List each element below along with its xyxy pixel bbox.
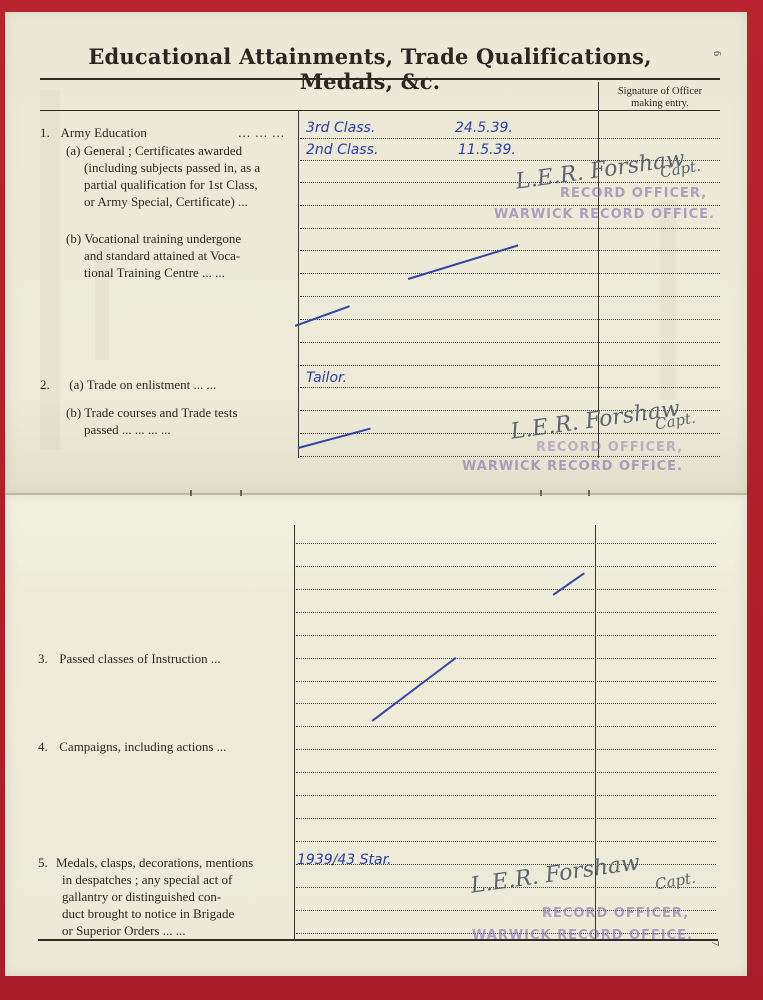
subsection-marker: (a) xyxy=(61,377,83,392)
subsection-marker: (b) xyxy=(66,231,81,246)
entry-row-line xyxy=(300,296,720,297)
page-number-top: 6 xyxy=(711,51,722,56)
entry-row-line xyxy=(300,387,720,388)
entry-row-line xyxy=(300,182,720,183)
stamp-record-officer-2: RECORD OFFICER, xyxy=(536,440,683,455)
label-line: in despatches ; any special act of xyxy=(38,871,288,888)
entry-row-line xyxy=(296,749,716,750)
entry-education-class-1: 3rd Class. xyxy=(306,120,375,136)
label-line: gallantry or distinguished con- xyxy=(38,888,288,905)
binding-stitch xyxy=(588,490,590,496)
binding-stitch xyxy=(190,490,192,496)
section-number: 3. xyxy=(38,650,56,667)
column-divider-left xyxy=(298,110,299,458)
entry-row-line xyxy=(296,635,716,636)
entry-row-line xyxy=(296,543,716,544)
bleed-through-text xyxy=(660,200,676,400)
label-line: or Army Special, Certificate) ... xyxy=(40,193,285,210)
binding-stitch xyxy=(240,490,242,496)
entry-row-line xyxy=(296,818,716,819)
entry-row-line xyxy=(296,612,716,613)
entry-row-line xyxy=(296,681,716,682)
label-line: partial qualification for 1st Class, xyxy=(40,176,285,193)
label-line: Campaigns, including actions ... xyxy=(59,739,226,754)
section-1a-general: (a) General ; Certificates awarded (incl… xyxy=(40,142,285,210)
stamp-warwick-office-1: WARWICK RECORD OFFICE. xyxy=(494,207,715,222)
label-line: Passed classes of Instruction ... xyxy=(59,651,220,666)
label-line: passed ... ... ... ... xyxy=(40,421,285,438)
subsection-marker: (b) xyxy=(66,405,81,420)
entry-row-line xyxy=(296,841,716,842)
entry-education-date-2: 11.5.39. xyxy=(458,142,516,158)
heading-rule xyxy=(40,78,720,80)
section-number: 1. xyxy=(40,124,58,141)
stamp-record-officer-3: RECORD OFFICER, xyxy=(542,906,689,921)
entry-education-date-1: 24.5.39. xyxy=(455,120,513,136)
entry-row-line xyxy=(300,228,720,229)
stamp-record-officer-1: RECORD OFFICER, xyxy=(560,186,707,201)
section-3-passed-classes: 3. Passed classes of Instruction ... xyxy=(38,650,288,667)
sig-header-line2: making entry. xyxy=(600,98,720,110)
label-line: (including subjects passed in, as a xyxy=(40,159,285,176)
section-2b-trade-courses: (b) Trade courses and Trade tests passed… xyxy=(40,404,285,438)
section-number: 4. xyxy=(38,738,56,755)
entry-row-line xyxy=(300,273,720,274)
entry-row-line xyxy=(300,456,720,457)
section-number: 5. xyxy=(38,854,56,871)
entry-row-line xyxy=(300,342,720,343)
label-line: Medals, clasps, decorations, mentions xyxy=(56,855,253,870)
entry-row-line xyxy=(296,658,716,659)
label-line: and standard attained at Voca- xyxy=(40,247,285,264)
entry-row-line xyxy=(300,319,720,320)
page-fold xyxy=(5,493,747,495)
entry-row-line xyxy=(296,566,716,567)
page-number-bottom: 7 xyxy=(709,941,720,946)
label-line: Trade courses and Trade tests xyxy=(84,405,237,420)
entry-row-line xyxy=(296,589,716,590)
entry-row-line xyxy=(300,138,720,139)
stamp-warwick-office-2: WARWICK RECORD OFFICE. xyxy=(462,459,683,474)
label-line: duct brought to notice in Brigade xyxy=(38,905,288,922)
entry-row-line xyxy=(300,250,720,251)
label-line: tional Training Centre ... ... xyxy=(40,264,285,281)
section-1-army-education: 1. Army Education ... ... ... xyxy=(40,124,285,141)
section-number: 2. xyxy=(40,376,58,393)
entry-trade-on-enlistment: Tailor. xyxy=(306,370,347,386)
stamp-warwick-office-3: WARWICK RECORD OFFICE. xyxy=(472,928,693,943)
section-4-campaigns: 4. Campaigns, including actions ... xyxy=(38,738,288,755)
section-1b-vocational: (b) Vocational training undergone and st… xyxy=(40,230,285,281)
entry-education-class-2: 2nd Class. xyxy=(306,142,378,158)
column-divider-left xyxy=(294,525,295,941)
entry-row-line xyxy=(296,795,716,796)
label-line: or Superior Orders ... ... xyxy=(38,922,288,939)
dot-leaders: ... ... ... xyxy=(238,124,285,141)
section-title: Army Education xyxy=(61,125,147,140)
entry-row-line xyxy=(296,726,716,727)
signature-column-header: Signature of Officer making entry. xyxy=(600,86,720,110)
sig-header-line1: Signature of Officer xyxy=(600,86,720,98)
entry-medals: 1939/43 Star. xyxy=(297,852,392,868)
header-bottom-rule xyxy=(40,110,720,111)
entry-row-line xyxy=(296,772,716,773)
entry-row-line xyxy=(300,205,720,206)
entry-row-line xyxy=(296,703,716,704)
label-line: General ; Certificates awarded xyxy=(84,143,242,158)
label-line: Trade on enlistment ... ... xyxy=(87,377,217,392)
section-5-medals: 5.Medals, clasps, decorations, mentions … xyxy=(38,854,288,939)
section-2a-trade-on-enlistment: 2. (a) Trade on enlistment ... ... xyxy=(40,376,285,393)
label-line: Vocational training undergone xyxy=(84,231,241,246)
binding-stitch xyxy=(540,490,542,496)
entry-row-line xyxy=(300,365,720,366)
subsection-marker: (a) xyxy=(66,143,80,158)
